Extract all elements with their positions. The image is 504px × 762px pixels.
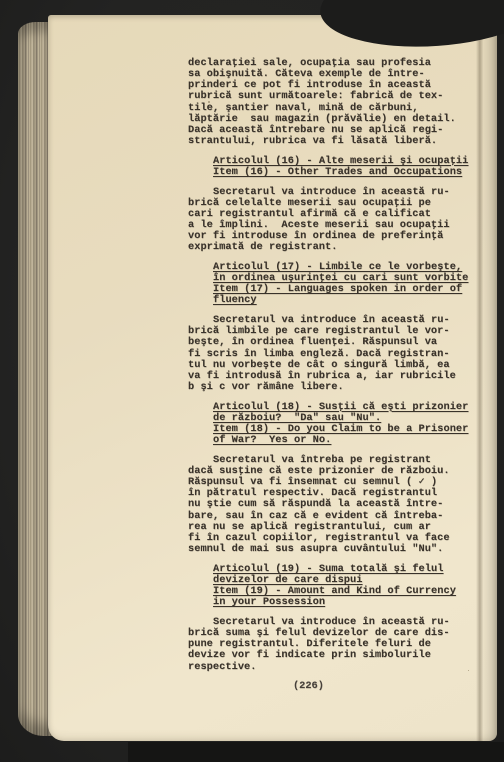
paragraph-line: respective.	[188, 662, 478, 673]
section-heading: Articolul (19) - Suma totală şi feluldev…	[188, 564, 478, 609]
table-surface	[128, 742, 504, 762]
sections-container: declaraţiei sale, ocupaţia sau profesias…	[188, 58, 478, 673]
section-heading: Articolul (17) - Limbile ce le vorbeşte,…	[188, 262, 478, 307]
paragraph-line: rubrică sunt următoarele: fabrică de tex…	[188, 91, 478, 102]
paragraph-line: nu ştie cum să răspundă la această între…	[188, 499, 478, 510]
paragraph-line: b şi c vor rămâne libere.	[188, 382, 478, 393]
paragraph: Secretarul va introduce în această ru-br…	[188, 617, 478, 673]
heading-line: in your Possession	[213, 597, 478, 608]
heading-line: Item (16) - Other Trades and Occupations	[213, 167, 478, 178]
paragraph: Secretarul va întreba pe registrantdacă …	[188, 455, 478, 555]
paragraph-line: beşte, în ordinea fluenţei. Răspunsul va	[188, 337, 478, 348]
paragraph-line: strantului, rubrica va fi lăsată liberă.	[188, 136, 478, 147]
paragraph: Secretarul va introduce în această ru-br…	[188, 187, 478, 254]
paragraph: declaraţiei sale, ocupaţia sau profesias…	[188, 58, 478, 147]
paragraph-line: exprimată de registrant.	[188, 242, 478, 253]
photo-backdrop: declaraţiei sale, ocupaţia sau profesias…	[0, 0, 504, 762]
heading-line: of War? Yes or No.	[213, 435, 478, 446]
section-heading: Articolul (18) - Susţii că eşti prizonie…	[188, 402, 478, 447]
paragraph: Secretarul va introduce în această ru-br…	[188, 315, 478, 393]
page-number: (226)	[188, 681, 478, 692]
text-column: declaraţiei sale, ocupaţia sau profesias…	[188, 58, 478, 692]
page-right-edge	[483, 15, 497, 741]
book-page: declaraţiei sale, ocupaţia sau profesias…	[48, 15, 497, 741]
heading-line: fluency	[213, 295, 478, 306]
paragraph-line: devize vor fi indicate prin simbolurile	[188, 650, 478, 661]
section-heading: Articolul (16) - Alte meserii şi ocupaţi…	[188, 156, 478, 178]
paragraph-line: semnul de mai sus asupra cuvântului "Nu"…	[188, 544, 478, 555]
